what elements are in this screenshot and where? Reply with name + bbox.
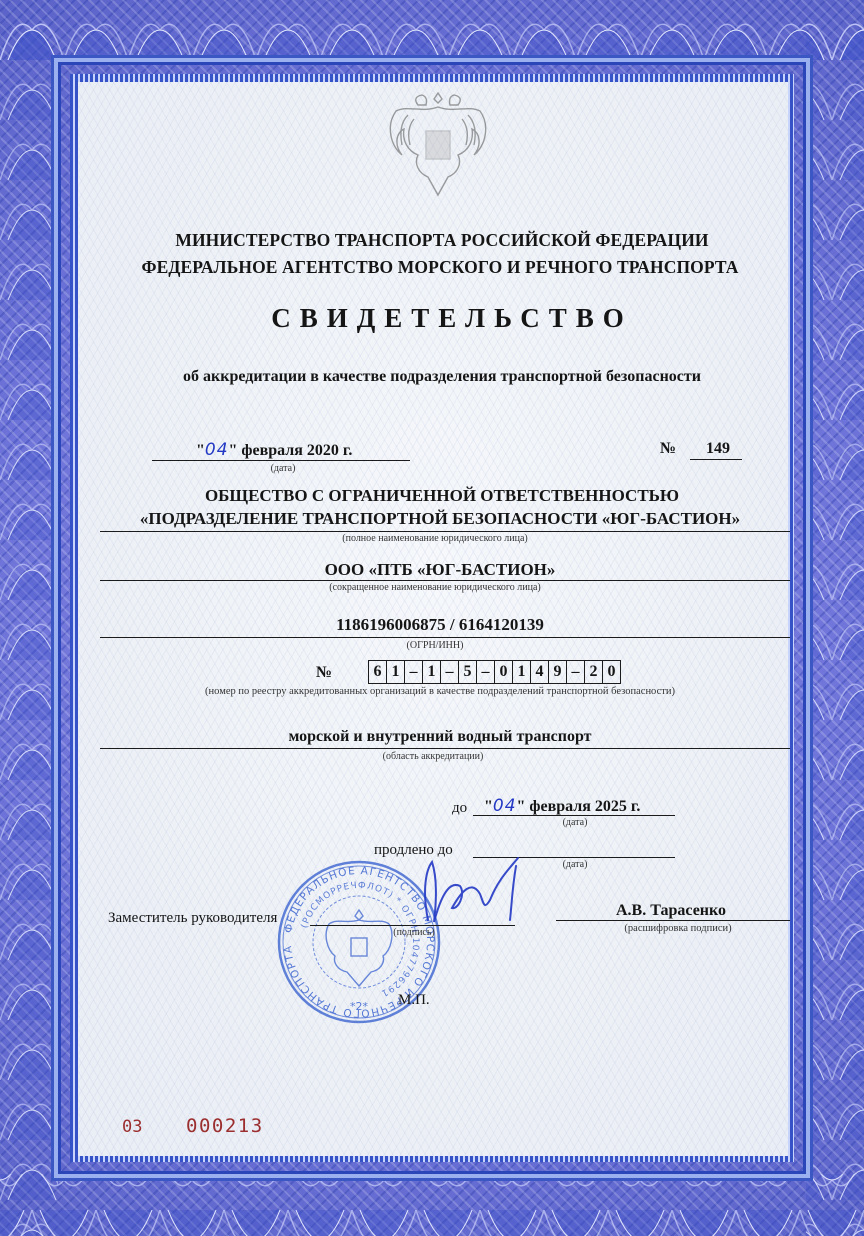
handwritten-signature — [400, 850, 540, 930]
registry-cell: – — [405, 661, 423, 683]
registry-cell: 4 — [531, 661, 549, 683]
short-name-caption: (сокращенное наименование юридического л… — [300, 582, 570, 593]
registry-cell: 2 — [585, 661, 603, 683]
issue-date-line — [152, 460, 410, 461]
registry-number-box: 61–1–5–0149–20 — [368, 660, 621, 684]
certificate-number-label: № — [660, 440, 676, 458]
valid-until-line — [473, 815, 675, 816]
serial-series: 03 — [122, 1117, 142, 1137]
full-name-line — [100, 531, 790, 532]
valid-month-year: февраля 2025 г. — [525, 798, 640, 815]
registry-cell: 9 — [549, 661, 567, 683]
quote: " — [196, 442, 205, 459]
signatory-position: Заместитель руководителя — [108, 910, 277, 927]
issue-date-caption: (дата) — [258, 463, 308, 474]
registry-cells: 61–1–5–0149–20 — [368, 660, 621, 684]
signatory-name-line — [556, 920, 790, 921]
short-name: ООО «ПТБ «ЮГ-БАСТИОН» — [0, 560, 864, 580]
ogrn-inn-line — [100, 637, 790, 638]
registry-cell: 1 — [513, 661, 531, 683]
valid-day-handwritten: 04 — [493, 796, 517, 816]
full-name-line1: ОБЩЕСТВО С ОГРАНИЧЕННОЙ ОТВЕТСТВЕННОСТЬЮ — [0, 486, 864, 506]
registry-cell: – — [441, 661, 459, 683]
full-name-caption: (полное наименование юридического лица) — [300, 533, 570, 544]
serial-number: 000213 — [186, 1115, 264, 1137]
registry-number-label: № — [316, 664, 332, 682]
certificate-subtitle: об аккредитации в качестве подразделения… — [0, 368, 864, 386]
signatory-name-caption: (расшифровка подписи) — [608, 923, 748, 934]
quote: " — [484, 798, 493, 815]
valid-until-caption: (дата) — [550, 817, 600, 828]
signatory-name: А.В. Тарасенко — [616, 902, 726, 920]
seal-label: М.П. — [398, 992, 430, 1009]
short-name-line — [100, 580, 790, 581]
valid-until-date: "04" февраля 2025 г. — [484, 796, 640, 816]
registry-cell: – — [477, 661, 495, 683]
coat-of-arms-icon — [378, 85, 498, 200]
registry-cell: 5 — [459, 661, 477, 683]
valid-until-prefix: до — [452, 800, 467, 817]
registry-cell: 1 — [423, 661, 441, 683]
certificate-title: СВИДЕТЕЛЬСТВО — [0, 303, 864, 334]
scope-line — [100, 748, 790, 749]
ministry-heading: МИНИСТЕРСТВО ТРАНСПОРТА РОССИЙСКОЙ ФЕДЕР… — [0, 230, 864, 251]
registry-cell: – — [567, 661, 585, 683]
scope-caption: (область аккредитации) — [368, 751, 498, 762]
registry-caption: (номер по реестру аккредитованных органи… — [120, 686, 760, 697]
agency-heading: ФЕДЕРАЛЬНОЕ АГЕНТСТВО МОРСКОГО И РЕЧНОГО… — [0, 257, 864, 278]
ogrn-inn-caption: (ОГРН/ИНН) — [380, 640, 490, 651]
svg-text:*2*: *2* — [350, 1000, 368, 1013]
accreditation-scope: морской и внутренний водный транспорт — [0, 728, 864, 746]
ogrn-inn: 1186196006875 / 6164120139 — [0, 615, 864, 635]
registry-cell: 6 — [369, 661, 387, 683]
certificate-number: 149 — [706, 440, 730, 458]
registry-cell: 1 — [387, 661, 405, 683]
certificate-number-line — [690, 459, 742, 460]
issue-day-handwritten: 04 — [205, 440, 229, 460]
issue-month-year: февраля 2020 г. — [237, 442, 352, 459]
extended-until-caption: (дата) — [550, 859, 600, 870]
registry-cell: 0 — [495, 661, 513, 683]
full-name-line2: «ПОДРАЗДЕЛЕНИЕ ТРАНСПОРТНОЙ БЕЗОПАСНОСТИ… — [0, 509, 864, 529]
registry-cell: 0 — [603, 661, 620, 683]
issue-date: "04" февраля 2020 г. — [196, 440, 352, 460]
